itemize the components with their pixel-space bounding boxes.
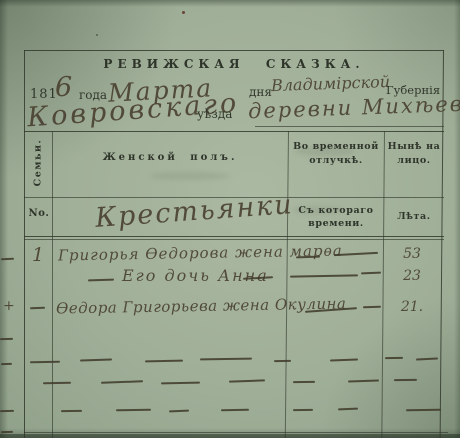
ditto-dash [338, 408, 358, 410]
ditto-dash [43, 382, 71, 384]
row-name: Его дочь Анна [122, 266, 269, 285]
page-edge-shadow-right [454, 0, 460, 438]
page-title: РЕВИЖСКАЯ СКАЗКА. [24, 57, 444, 71]
header-bottom-double-rule-2 [24, 239, 444, 240]
ditto-dash [221, 409, 249, 411]
page-bottom-edge [0, 434, 460, 438]
row-age: 23 [384, 268, 440, 284]
table-top-rule [24, 131, 444, 132]
ditto-dash [330, 359, 358, 362]
row-age: 53 [384, 246, 440, 262]
category-handwritten: Крестьянки [94, 189, 294, 234]
page-edge-shadow-left [0, 0, 8, 438]
margin-plus-mark: + [3, 298, 15, 314]
years-column-label: Лѣта. [384, 211, 444, 222]
ink-speck [182, 11, 185, 14]
absence-column-header-line2: отлучкѣ. [288, 155, 384, 166]
family-column-header: Семьи. [33, 139, 44, 187]
absence-column-divider [285, 131, 290, 438]
uyezd-label: уѣзда [197, 107, 232, 121]
absence-column-header-line1: Во временной [288, 141, 384, 152]
family-column-divider [52, 131, 53, 438]
present-column-divider [381, 131, 385, 438]
ditto-dash [0, 338, 13, 340]
since-column-label-line1: Съ котораго [288, 205, 384, 216]
row-name: Ѳедора Григорьева жена Окулина [56, 294, 347, 317]
ditto-dash [416, 357, 438, 360]
ditto-dash [200, 358, 252, 361]
ditto-dash [30, 307, 45, 309]
scanned-revision-list-page: РЕВИЖСКАЯ СКАЗКА. 181 6 года Марта дня В… [0, 0, 460, 438]
ditto-dash [169, 410, 189, 412]
ditto-dash [80, 358, 112, 361]
ditto-dash [116, 409, 151, 411]
row-family-number: 1 [32, 244, 44, 266]
ditto-dash [229, 379, 265, 382]
ditto-dash [394, 379, 417, 381]
bottom-row-rule [24, 432, 448, 433]
bleedthrough-smudge [150, 172, 230, 180]
ditto-dash [1, 258, 14, 260]
ditto-dash [293, 409, 313, 411]
ditto-dash [348, 379, 379, 382]
ditto-dash [361, 272, 381, 274]
place-underline [255, 126, 444, 127]
form-border-top [24, 50, 444, 51]
row-age: 21. [384, 299, 440, 315]
ditto-dash [0, 410, 14, 412]
ditto-dash [274, 360, 291, 362]
since-column-label-line2: времени. [288, 218, 384, 229]
place-handwritten: деревни Михѣевой [248, 91, 460, 124]
present-column-header-line1: Нынѣ на [384, 141, 444, 152]
ditto-dash [406, 409, 441, 411]
ink-speck [96, 34, 98, 36]
ditto-dash [290, 274, 358, 277]
ditto-dash [88, 279, 114, 282]
present-column-header-line2: лицо. [384, 155, 444, 166]
header-bottom-double-rule-1 [24, 236, 444, 237]
ditto-dash [385, 357, 403, 359]
ditto-dash [363, 306, 381, 308]
province-handwritten: Владимірской [271, 72, 391, 95]
ditto-dash [1, 431, 13, 433]
row-name: Григорья Ѳедорова жена марѳа [58, 242, 343, 265]
female-column-header: Женской полъ. [52, 152, 288, 163]
ditto-dash [30, 361, 60, 363]
form-border-left [24, 50, 25, 438]
ditto-dash [161, 382, 200, 384]
ditto-dash [61, 410, 82, 412]
ditto-dash [293, 381, 315, 383]
day-label: дня [249, 85, 272, 99]
ditto-dash [145, 360, 183, 362]
number-column-label: No. [26, 208, 52, 219]
page-edge-shadow-top [0, 0, 460, 7]
ditto-dash [101, 380, 143, 383]
ditto-dash [1, 363, 12, 365]
